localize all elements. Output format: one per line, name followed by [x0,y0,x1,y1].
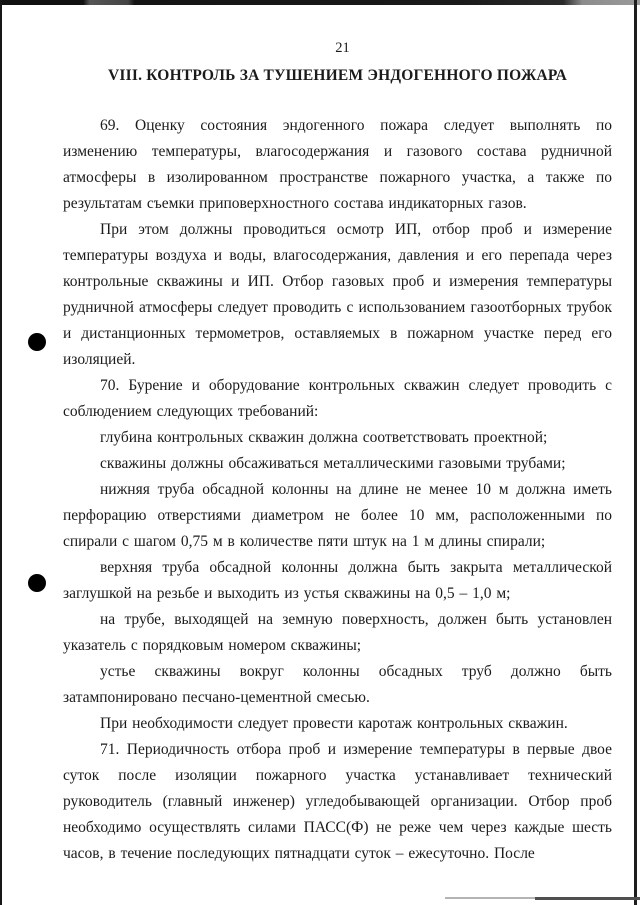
paragraph-69-continued: При этом должны проводиться осмотр ИП, о… [63,217,612,373]
scan-edge-left [0,0,2,905]
paragraph-70-item-lower-pipe: нижняя труба обсадной колонны на длине н… [63,477,612,555]
binding-hole-mark-top [28,333,46,351]
body-text: 69. Оценку состояния эндогенного пожара … [63,113,612,867]
paragraph-70: 70. Бурение и оборудование контрольных с… [63,373,612,425]
page-number: 21 [73,40,612,56]
binding-hole-mark-bottom [28,574,46,592]
scan-edge-bottom-dark [535,897,640,900]
paragraph-70-item-wellhead: устье скважины вокруг колонны обсадных т… [63,659,612,711]
document-page: 21 VIII. КОНТРОЛЬ ЗА ТУШЕНИЕМ ЭНДОГЕННОГ… [0,0,640,905]
section-heading: VIII. КОНТРОЛЬ ЗА ТУШЕНИЕМ ЭНДОГЕННОГО П… [63,66,612,86]
scan-edge-bottom-light [445,897,535,899]
paragraph-71: 71. Периодичность отбора проб и измерени… [63,737,612,867]
scan-edge-top [0,0,640,5]
scan-edge-right [634,0,637,905]
paragraph-70-item-marker: на трубе, выходящей на земную поверхност… [63,607,612,659]
paragraph-70-item-depth: глубина контрольных скважин должна соотв… [63,425,612,451]
paragraph-70-item-casing: скважины должны обсаживаться металлическ… [63,451,612,477]
paragraph-69: 69. Оценку состояния эндогенного пожара … [63,113,612,217]
paragraph-70-item-upper-pipe: верхняя труба обсадной колонны должна бы… [63,555,612,607]
page-content: 21 VIII. КОНТРОЛЬ ЗА ТУШЕНИЕМ ЭНДОГЕННОГ… [63,40,612,867]
paragraph-logging-note: При необходимости следует провести карот… [63,711,612,737]
